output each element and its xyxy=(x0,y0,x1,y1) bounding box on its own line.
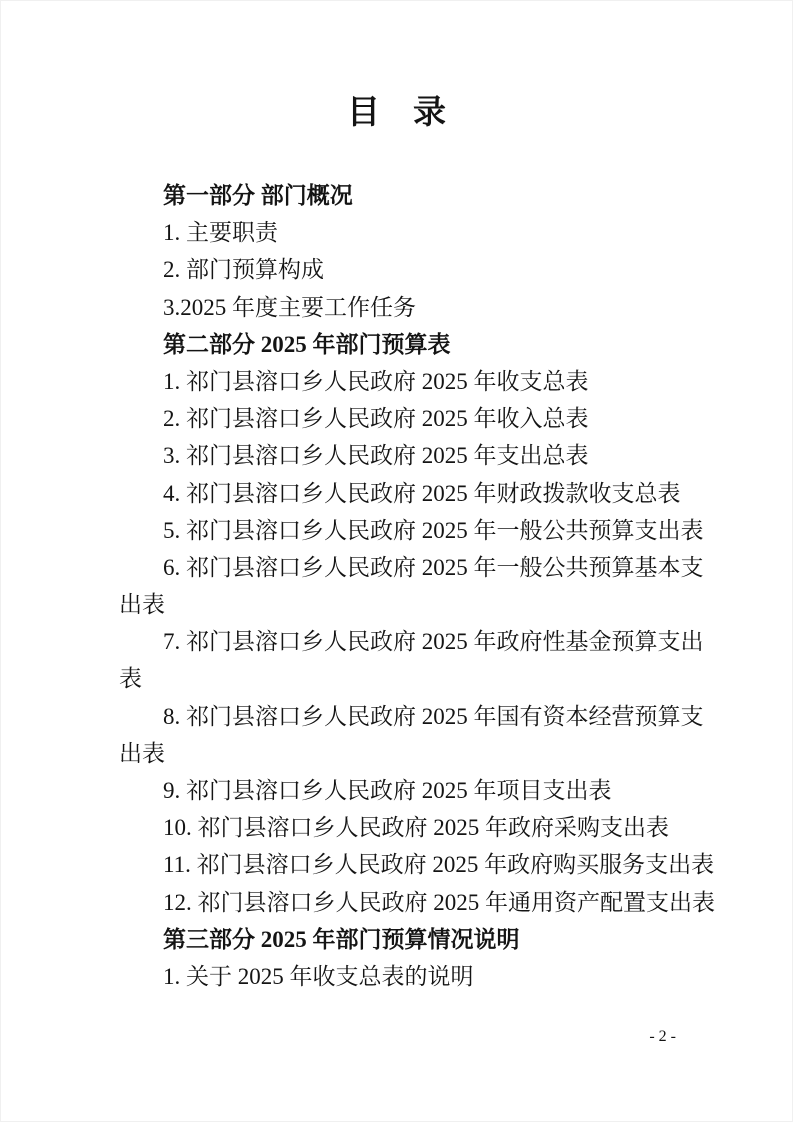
page-number: - 2 - xyxy=(649,1028,676,1046)
toc-item: 11. 祁门县溶口乡人民政府 2025 年政府购买服务支出表 xyxy=(119,846,681,883)
toc-item: 1. 祁门县溶口乡人民政府 2025 年收支总表 xyxy=(119,363,681,400)
toc-item: 7. 祁门县溶口乡人民政府 2025 年政府性基金预算支出 xyxy=(119,623,681,660)
toc-item: 1. 主要职责 xyxy=(119,214,681,251)
toc-item: 9. 祁门县溶口乡人民政府 2025 年项目支出表 xyxy=(119,772,681,809)
document-title: 目 录 xyxy=(1,93,792,133)
toc-item: 3.2025 年度主要工作任务 xyxy=(119,289,681,326)
toc-item: 4. 祁门县溶口乡人民政府 2025 年财政拨款收支总表 xyxy=(119,475,681,512)
toc-item: 12. 祁门县溶口乡人民政府 2025 年通用资产配置支出表 xyxy=(119,884,681,921)
toc-item-continuation: 出表 xyxy=(119,586,681,623)
toc-item: 3. 祁门县溶口乡人民政府 2025 年支出总表 xyxy=(119,437,681,474)
toc-item: 5. 祁门县溶口乡人民政府 2025 年一般公共预算支出表 xyxy=(119,512,681,549)
toc-section-heading-part3: 第三部分 2025 年部门预算情况说明 xyxy=(119,921,681,958)
toc-item-continuation: 表 xyxy=(119,660,681,697)
toc-item: 1. 关于 2025 年收支总表的说明 xyxy=(119,958,681,995)
toc-section-heading-part1: 第一部分 部门概况 xyxy=(119,177,681,214)
toc-item: 2. 部门预算构成 xyxy=(119,251,681,288)
toc-section-heading-part2: 第二部分 2025 年部门预算表 xyxy=(119,326,681,363)
document-page: 目 录 第一部分 部门概况 1. 主要职责 2. 部门预算构成 3.2025 年… xyxy=(0,0,793,1122)
toc-item: 10. 祁门县溶口乡人民政府 2025 年政府采购支出表 xyxy=(119,809,681,846)
table-of-contents: 第一部分 部门概况 1. 主要职责 2. 部门预算构成 3.2025 年度主要工… xyxy=(119,177,681,995)
toc-item-continuation: 出表 xyxy=(119,735,681,772)
toc-item: 6. 祁门县溶口乡人民政府 2025 年一般公共预算基本支 xyxy=(119,549,681,586)
toc-item: 2. 祁门县溶口乡人民政府 2025 年收入总表 xyxy=(119,400,681,437)
toc-item: 8. 祁门县溶口乡人民政府 2025 年国有资本经营预算支 xyxy=(119,698,681,735)
